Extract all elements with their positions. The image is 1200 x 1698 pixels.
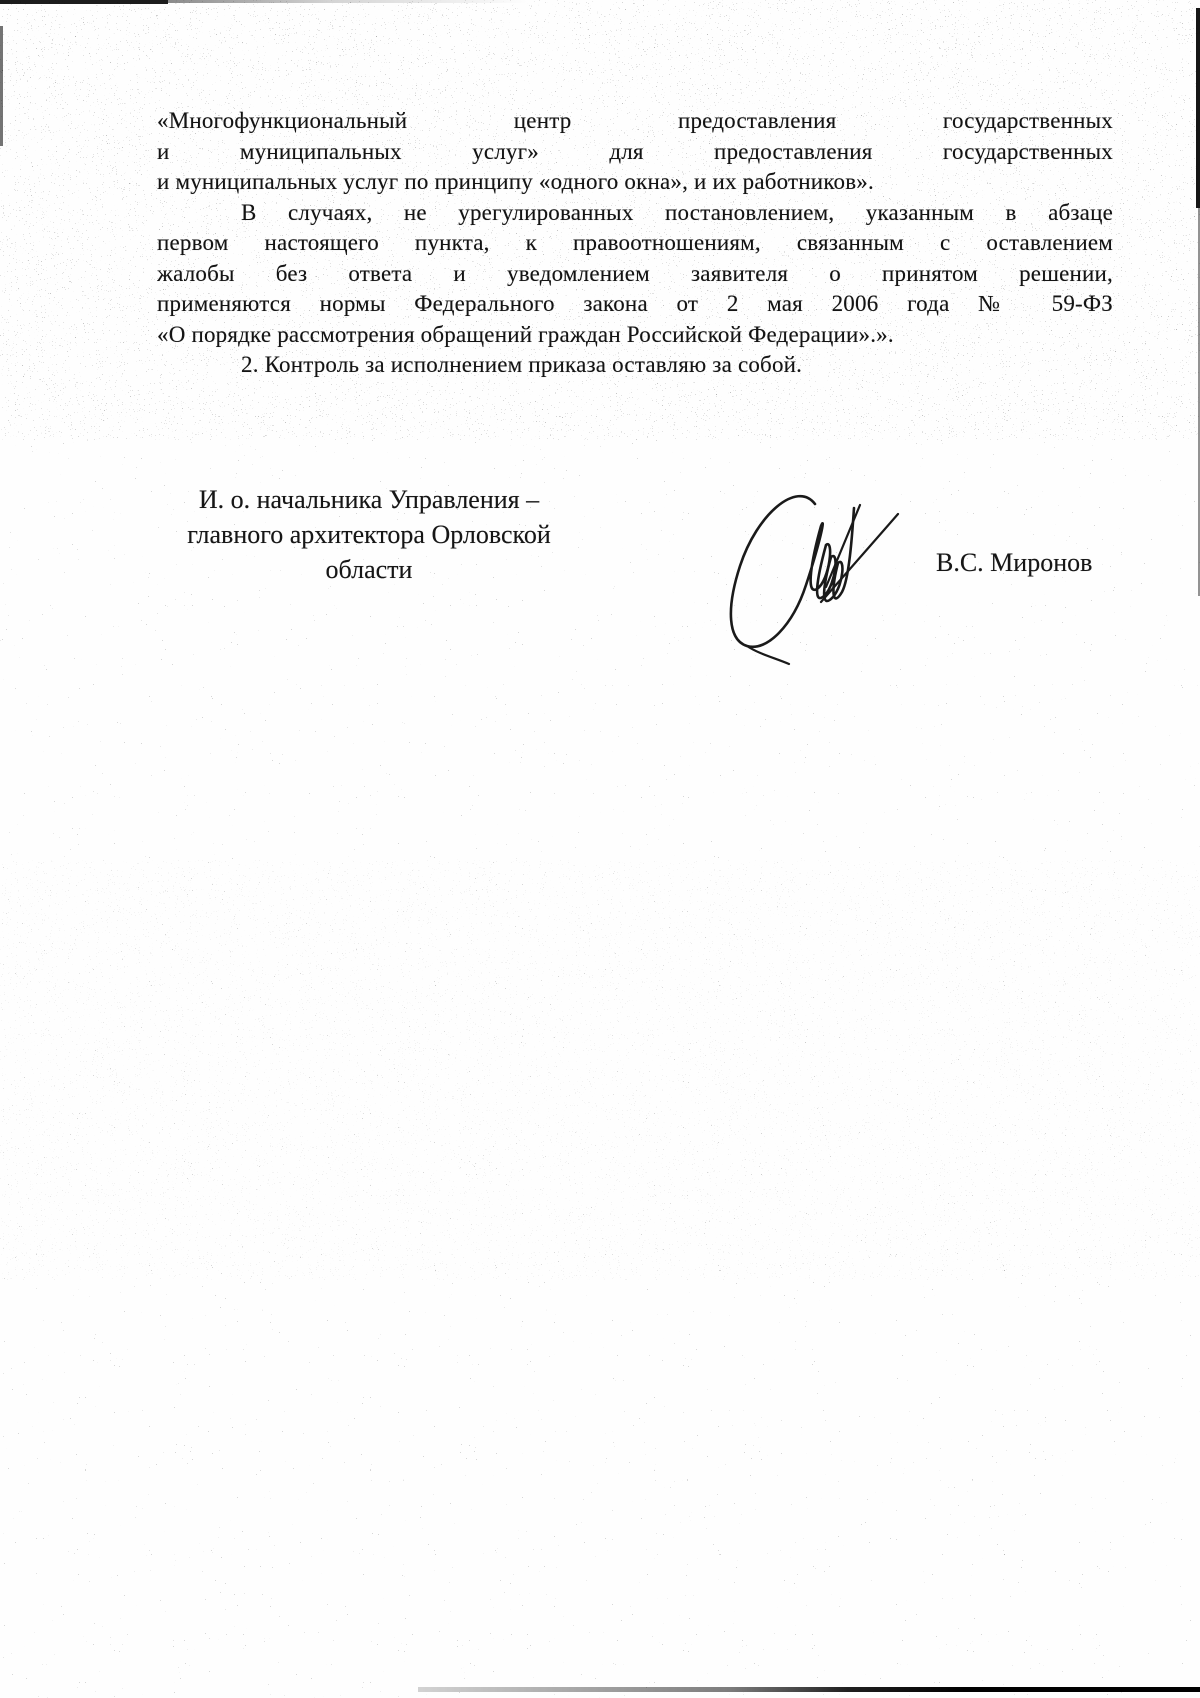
document-line: «Многофункциональный центр предоставлени…: [157, 106, 1113, 137]
document-line: 2. Контроль за исполнением приказа остав…: [157, 350, 1113, 381]
document-line: применяются нормы Федерального закона от…: [157, 289, 1113, 320]
document-line: и муниципальных услуг по принципу «одног…: [157, 167, 1113, 198]
signatory-title-line: области: [168, 552, 570, 587]
handwritten-signature-icon: [693, 468, 913, 668]
scanned-document-page: { "document": { "kind": "scanned order p…: [0, 0, 1200, 1698]
document-line: В случаях, не урегулированных постановле…: [157, 198, 1113, 229]
scan-artifact-right-edge: [1196, 8, 1200, 208]
page-background: «Многофункциональный центр предоставлени…: [0, 0, 1200, 1698]
signatory-name: В.С. Миронов: [936, 548, 1092, 578]
signatory-title: И. о. начальника Управления – главного а…: [168, 482, 570, 587]
document-line: жалобы без ответа и уведомлением заявите…: [157, 259, 1113, 290]
scan-artifact-left-edge: [0, 26, 3, 146]
document-line: и муниципальных услуг» для предоставлени…: [157, 137, 1113, 168]
scan-artifact-top-fade: [168, 0, 528, 3]
scan-artifact-top-edge: [0, 0, 168, 4]
body-text-block: «Многофункциональный центр предоставлени…: [157, 106, 1113, 381]
document-line: «О порядке рассмотрения обращений гражда…: [157, 320, 1113, 351]
signatory-title-line: И. о. начальника Управления –: [168, 482, 570, 517]
document-line: первом настоящего пункта, к правоотношен…: [157, 228, 1113, 259]
scan-artifact-bottom-line: [418, 1687, 1200, 1692]
signatory-title-line: главного архитектора Орловской: [168, 517, 570, 552]
